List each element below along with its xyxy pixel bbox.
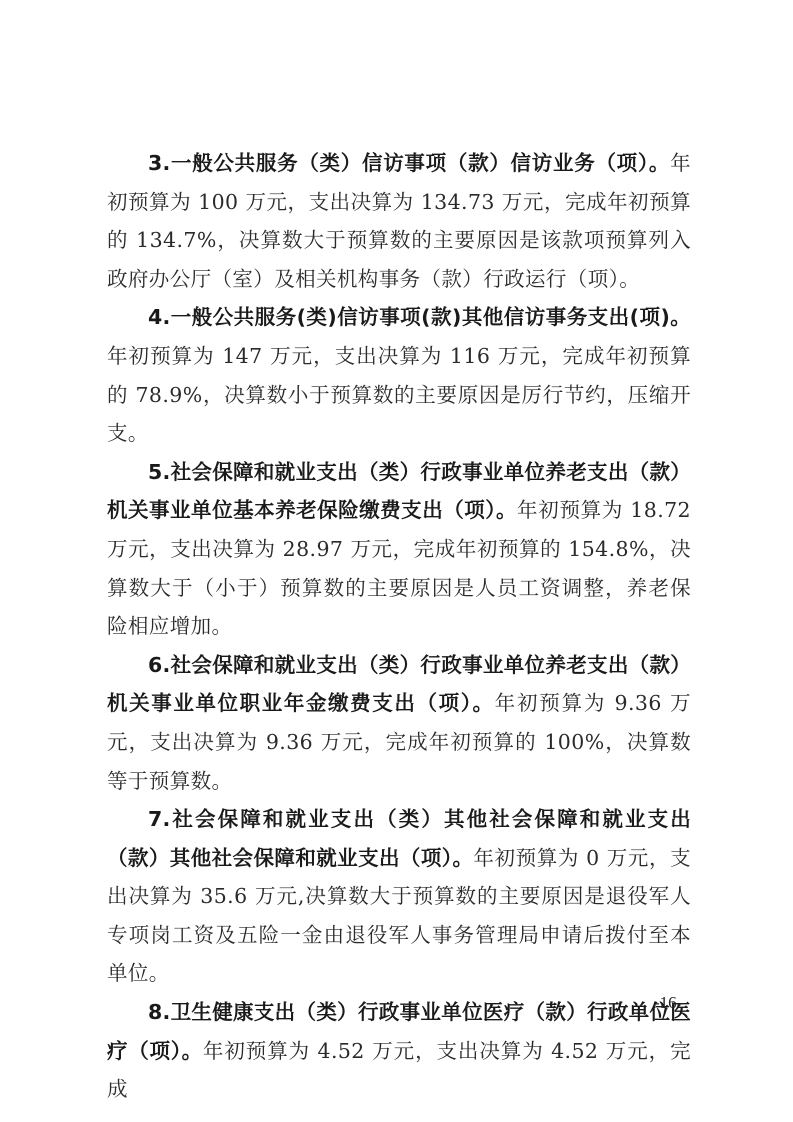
document-page-body: 3.一般公共服务（类）信访事项（款）信访业务（项）。年初预算为 100 万元，支… (107, 144, 691, 1109)
paragraph-item-5: 5.社会保障和就业支出（类）行政事业单位养老支出（款）机关事业单位基本养老保险缴… (107, 453, 691, 646)
paragraph-item-3: 3.一般公共服务（类）信访事项（款）信访业务（项）。年初预算为 100 万元，支… (107, 144, 691, 298)
paragraph-heading: 4.一般公共服务(类)信访事项(款)其他信访事务支出(项)。 (148, 305, 691, 329)
paragraph-item-8: 8.卫生健康支出（类）行政事业单位医疗（款）行政单位医疗（项）。年初预算为 4.… (107, 993, 691, 1109)
paragraph-item-4: 4.一般公共服务(类)信访事项(款)其他信访事务支出(项)。年初预算为 147 … (107, 298, 691, 452)
page-number: -16- (654, 993, 682, 1013)
paragraph-heading: 3.一般公共服务（类）信访事项（款）信访业务（项）。 (148, 151, 670, 175)
paragraph-body: 年初预算为 147 万元，支出决算为 116 万元，完成年初预算的 78.9%，… (107, 344, 691, 445)
paragraph-item-7: 7.社会保障和就业支出（类）其他社会保障和就业支出（款）其他社会保障和就业支出（… (107, 800, 691, 993)
paragraph-item-6: 6.社会保障和就业支出（类）行政事业单位养老支出（款）机关事业单位职业年金缴费支… (107, 646, 691, 800)
